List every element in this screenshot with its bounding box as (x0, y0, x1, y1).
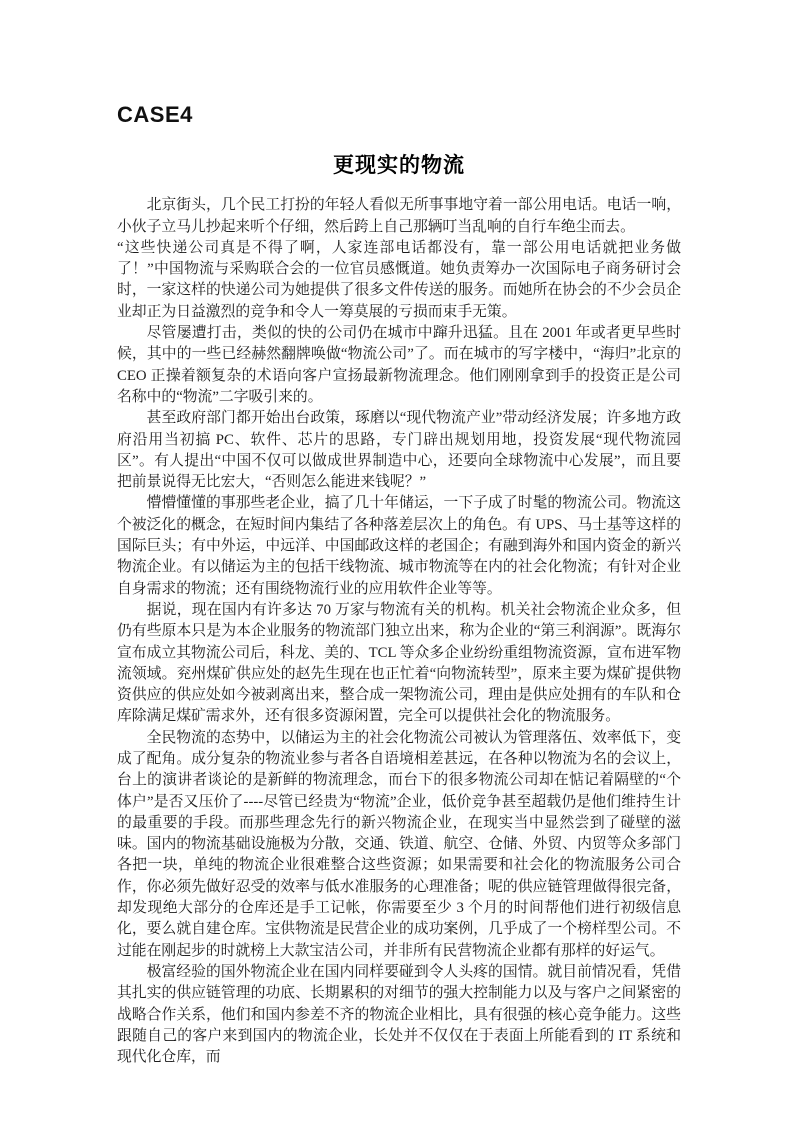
paragraph-company-boom: 尽管屡遭打击，类似的快的公司仍在城市中蹿升迅猛。且在 2001 年或者更早些时候… (117, 323, 681, 408)
paragraph-industry-players: 懵懵懂懂的事那些老企业，搞了几十年储运，一下子成了时髦的物流公司。物流这个被泛化… (117, 493, 681, 599)
paragraph-foreign-companies: 极富经验的国外物流企业在国内同样要碰到令人头疼的国情。就目前情况看，凭借其扎实的… (117, 962, 681, 1068)
paragraph-70k-institutions: 据说，现在国内有许多达 70 万家与物流有关的机构。机关社会物流企业众多，但仍有… (117, 600, 681, 728)
document-page: CASE4 更现实的物流 北京街头，几个民工打扮的年轻人看似无所事事地守着一部公… (0, 0, 794, 1122)
document-title: 更现实的物流 (117, 153, 681, 178)
paragraph-intro: 北京街头，几个民工打扮的年轻人看似无所事事地守着一部公用电话。电话一响，小伙子立… (117, 195, 681, 238)
paragraph-government-policy: 甚至政府部门都开始出台政策，琢磨以“现代物流产业”带动经济发展；许多地方政府沿用… (117, 408, 681, 493)
paragraph-quote-official: “这些快递公司真是不得了啊，人家连部电话都没有，靠一部公用电话就把业务做了！”中… (117, 238, 681, 323)
document-body: 北京街头，几个民工打扮的年轻人看似无所事事地守着一部公用电话。电话一响，小伙子立… (117, 195, 681, 1068)
case-heading: CASE4 (117, 103, 681, 126)
paragraph-market-reality: 全民物流的态势中，以储运为主的社会化物流公司被认为管理落伍、效率低下，变成了配角… (117, 728, 681, 962)
